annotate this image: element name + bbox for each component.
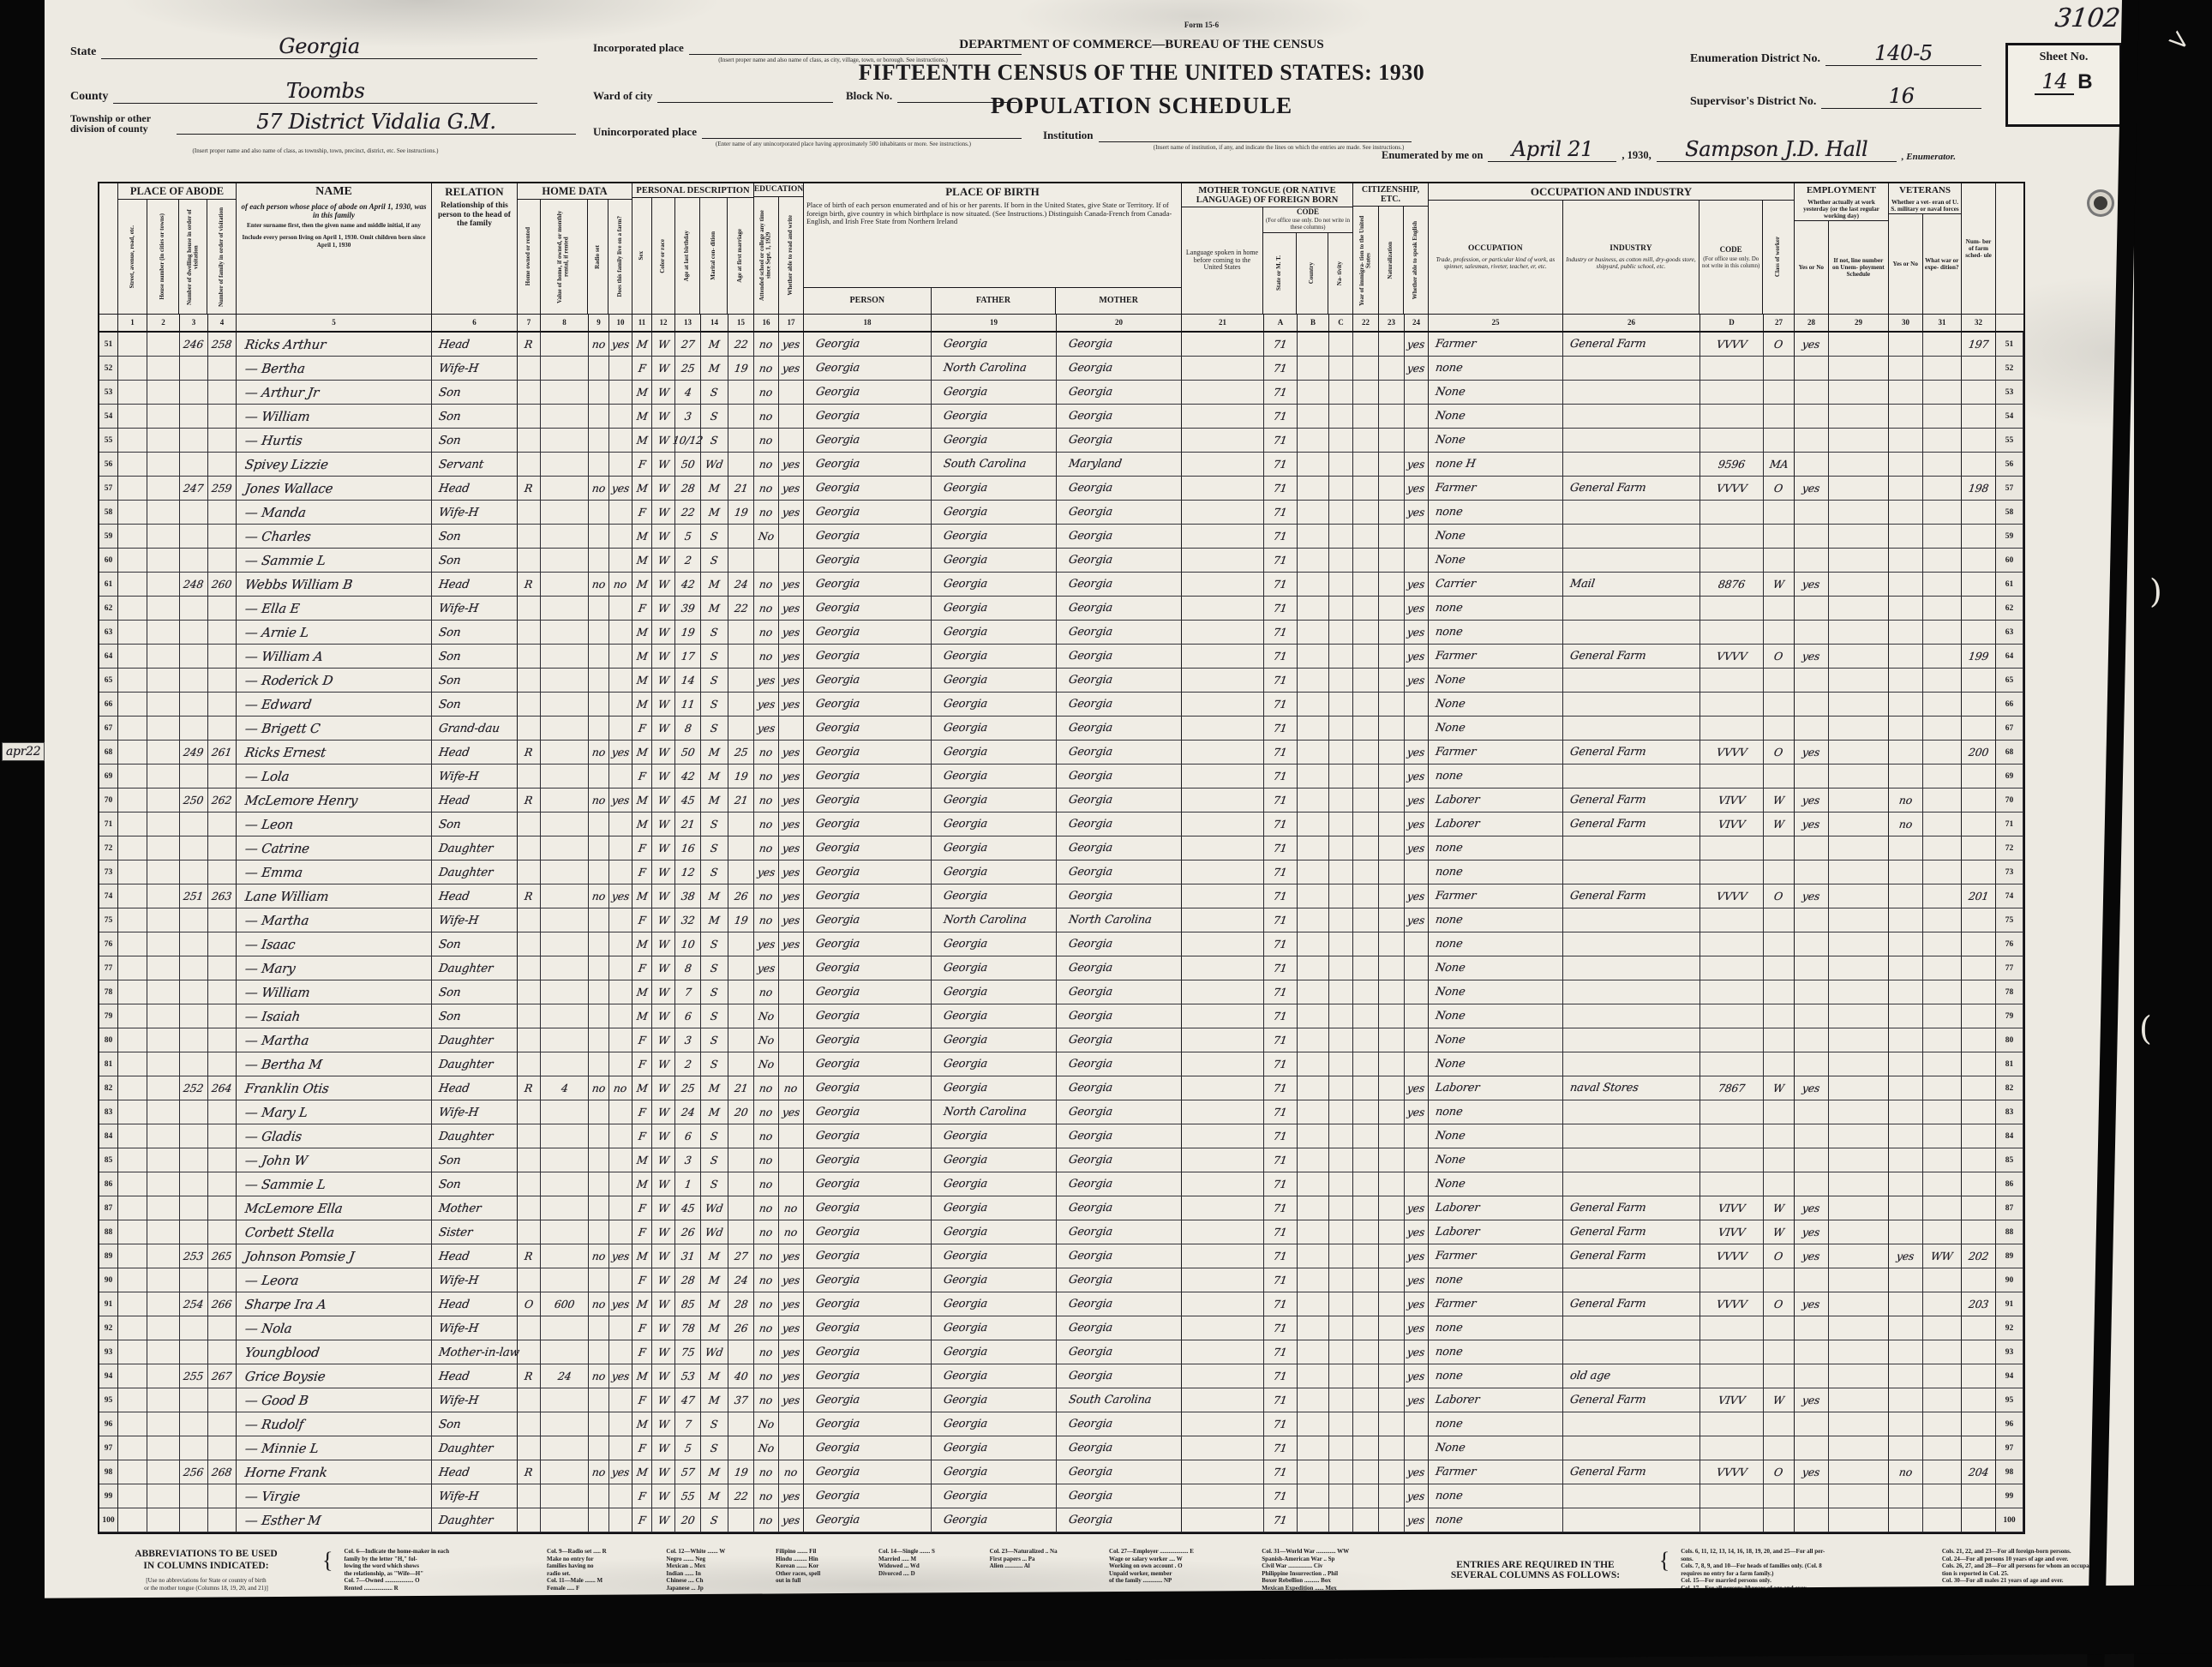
cell [1889, 453, 1923, 477]
cell [589, 621, 609, 645]
cell [1379, 717, 1405, 741]
column-label: Street, avenue, road, etc. [118, 200, 147, 314]
farm-schedule-label: Num- ber of farm sched- ule [1962, 237, 1995, 260]
cell: 71 [1264, 1100, 1298, 1124]
line-number: 81 [99, 1052, 118, 1076]
cell: Head [432, 333, 518, 357]
cell: Georgia [932, 381, 1057, 405]
cell: F [632, 1268, 652, 1292]
supervisor-district-value: 16 [1889, 84, 1915, 108]
cell [609, 525, 632, 549]
abbrev-col23: Col. 23—Naturalized .. Na First papers .… [990, 1548, 1098, 1570]
cell: Son [432, 525, 518, 549]
cell: None [1429, 1148, 1563, 1172]
cell [1379, 693, 1405, 717]
cell [1563, 405, 1700, 429]
cell [1353, 789, 1379, 813]
column-label: Yes or No [1889, 214, 1923, 314]
cell [147, 429, 180, 453]
cell: Georgia [1057, 1412, 1182, 1436]
line-number: 52 [99, 357, 118, 381]
cell [1889, 1220, 1923, 1244]
cell: F [632, 1100, 652, 1124]
cell: VVVV [1700, 645, 1764, 669]
cell [180, 501, 208, 525]
cell: Georgia [932, 1148, 1057, 1172]
cell [1379, 357, 1405, 381]
column-label: Age at first marriage [728, 198, 753, 314]
cell [118, 1484, 147, 1508]
cell [1329, 501, 1353, 525]
cell [1829, 1268, 1889, 1292]
column-number-row: 123456789101112131415161718192021ABC2223… [99, 314, 2023, 333]
farm-schedule-col: Num- ber of farm sched- ule [1962, 183, 1996, 314]
cell [118, 1220, 147, 1244]
cell: yes [754, 693, 779, 717]
cell: W [652, 1412, 675, 1436]
cell: Georgia [804, 1052, 932, 1076]
cell: M [632, 1292, 652, 1316]
cell [1700, 1364, 1764, 1388]
cell [518, 932, 541, 956]
binder-hole [2089, 192, 2112, 214]
cell [1962, 1436, 1996, 1460]
cell [1298, 884, 1329, 908]
cell: no [754, 573, 779, 597]
cell: yes [779, 1268, 804, 1292]
cell [1563, 836, 1700, 860]
cell: Georgia [932, 1292, 1057, 1316]
cell [1923, 1100, 1962, 1124]
cell [1923, 501, 1962, 525]
table-row: 62— Ella EWife-HFW39M22noyesGeorgiaGeorg… [99, 597, 2023, 621]
cell [147, 717, 180, 741]
cell [1182, 1388, 1264, 1412]
cell [1353, 1412, 1379, 1436]
cell [118, 1460, 147, 1484]
line-number: 58 [1996, 501, 2023, 525]
cell: no [589, 1460, 609, 1484]
cell [541, 645, 589, 669]
cell [180, 693, 208, 717]
cell: Mother-in-law [432, 1340, 518, 1364]
cell: Farmer [1429, 1292, 1563, 1316]
cell: F [632, 1316, 652, 1340]
cell: Laborer [1429, 1196, 1563, 1220]
cell: General Farm [1563, 333, 1700, 357]
column-label: Number of family in order of visitation [207, 200, 236, 314]
cell [518, 693, 541, 717]
cell [118, 1172, 147, 1196]
sheet-value: 14 [2035, 69, 2074, 95]
line-number: 54 [1996, 405, 2023, 429]
group-title: HOME DATA [518, 183, 632, 199]
cell [1923, 1076, 1962, 1100]
cell [1182, 549, 1264, 573]
cell [589, 717, 609, 741]
column-number: 11 [632, 315, 652, 331]
cell: Georgia [1057, 1292, 1182, 1316]
cell [1962, 1268, 1996, 1292]
cell [1829, 645, 1889, 669]
cell: no [754, 980, 779, 1004]
group-mother-tongue: MOTHER TONGUE (OR NATIVE LANGUAGE) OF FO… [1182, 183, 1353, 314]
cell [609, 357, 632, 381]
cell: Georgia [804, 1388, 932, 1412]
cell [609, 1436, 632, 1460]
cell: yes [609, 1364, 632, 1388]
cell: Georgia [932, 1052, 1057, 1076]
cell: Mother [432, 1196, 518, 1220]
name-desc: of each person whose place of abode on A… [237, 201, 431, 222]
table-row: 93YoungbloodMother-in-lawFW75WdnoyesGeor… [99, 1340, 2023, 1364]
cell [180, 717, 208, 741]
cell [180, 1268, 208, 1292]
cell [518, 836, 541, 860]
cell [1889, 836, 1923, 860]
cell: — Bertha M [237, 1052, 432, 1076]
cell [728, 932, 754, 956]
cell: yes [779, 765, 804, 789]
cell: Georgia [932, 1316, 1057, 1340]
cell [1795, 1340, 1829, 1364]
cell: 40 [728, 1364, 754, 1388]
cell [1700, 1484, 1764, 1508]
cell [1889, 1052, 1923, 1076]
cell [518, 645, 541, 669]
line-number: 88 [99, 1220, 118, 1244]
cell [147, 1172, 180, 1196]
cell [541, 1244, 589, 1268]
cell [1379, 1460, 1405, 1484]
cell [1329, 597, 1353, 621]
name-note1: Enter surname first, then the given name… [237, 221, 431, 230]
cell: — Charles [237, 525, 432, 549]
cell: yes [1405, 1292, 1429, 1316]
cell [1764, 621, 1795, 645]
cell [1353, 860, 1379, 884]
cell [541, 908, 589, 932]
cell [1379, 453, 1405, 477]
cell [541, 1028, 589, 1052]
cell [147, 669, 180, 693]
cell: none [1429, 836, 1563, 860]
cell: Georgia [804, 789, 932, 813]
cell [589, 501, 609, 525]
cell: M [632, 1244, 652, 1268]
cell: M [632, 669, 652, 693]
cell [1829, 669, 1889, 693]
cell [147, 1388, 180, 1412]
cell [589, 381, 609, 405]
cell [1889, 1484, 1923, 1508]
cell: — Isaac [237, 932, 432, 956]
cell [1405, 1124, 1429, 1148]
cell: Georgia [932, 1388, 1057, 1412]
cell: Spivey Lizzie [237, 453, 432, 477]
cell [1764, 956, 1795, 980]
cell: Georgia [804, 860, 932, 884]
cell [1353, 1244, 1379, 1268]
cell [1353, 1052, 1379, 1076]
cell: 199 [1962, 645, 1996, 669]
cell [728, 1412, 754, 1436]
cell: 71 [1264, 621, 1298, 645]
cell: W [652, 621, 675, 645]
cell [728, 669, 754, 693]
cell: yes [609, 1244, 632, 1268]
table-row: 84— GladisDaughterFW6SnoGeorgiaGeorgiaGe… [99, 1124, 2023, 1148]
cell: W [652, 741, 675, 765]
cell: no [754, 1100, 779, 1124]
cell [541, 717, 589, 741]
cell: M [632, 813, 652, 836]
cell [147, 1508, 180, 1532]
cell: Georgia [1057, 1196, 1182, 1220]
cell: 263 [208, 884, 237, 908]
cell: 28 [675, 477, 701, 501]
cell [118, 333, 147, 357]
cell [147, 1364, 180, 1388]
cell: — Manda [237, 501, 432, 525]
cell: yes [1405, 1364, 1429, 1388]
cell [1923, 1388, 1962, 1412]
cell [1923, 357, 1962, 381]
line-number: 71 [1996, 813, 2023, 836]
cell: 265 [208, 1244, 237, 1268]
cell [1182, 765, 1264, 789]
cell [1353, 836, 1379, 860]
cell [1829, 597, 1889, 621]
entries-col1: Cols. 6, 11, 12, 13, 14, 16, 18, 19, 20,… [1681, 1548, 1931, 1592]
line-number: 80 [1996, 1028, 2023, 1052]
cell [147, 1148, 180, 1172]
cell [1379, 980, 1405, 1004]
cell [1829, 1484, 1889, 1508]
cell: McLemore Henry [237, 789, 432, 813]
line-number: 82 [99, 1076, 118, 1100]
cell [1889, 429, 1923, 453]
cell: W [652, 860, 675, 884]
cell: Son [432, 621, 518, 645]
group-citizenship: CITIZENSHIP, ETC. Year of immigra- tion … [1353, 183, 1429, 314]
cell: 21 [728, 789, 754, 813]
cell [1889, 549, 1923, 573]
cell [1353, 1028, 1379, 1052]
cell [609, 836, 632, 860]
cell [728, 1124, 754, 1148]
cell: yes [779, 1508, 804, 1532]
cell: S [701, 717, 728, 741]
cell: Georgia [932, 1028, 1057, 1052]
cell [1700, 908, 1764, 932]
cell [180, 1220, 208, 1244]
cell [728, 1052, 754, 1076]
cell [208, 1508, 237, 1532]
scan-left-band [0, 0, 45, 1667]
cell: yes [609, 333, 632, 357]
cell [728, 525, 754, 549]
cell: O [1764, 741, 1795, 765]
cell [1298, 1028, 1329, 1052]
cell [1353, 477, 1379, 501]
cell [1379, 884, 1405, 908]
cell: None [1429, 1052, 1563, 1076]
cell [208, 860, 237, 884]
cell [1829, 1196, 1889, 1220]
cell [1962, 405, 1996, 429]
cell: F [632, 1028, 652, 1052]
cell: — William [237, 980, 432, 1004]
cell [1298, 789, 1329, 813]
cell [1563, 956, 1700, 980]
cell: Georgia [804, 597, 932, 621]
cell [728, 1436, 754, 1460]
cell [589, 765, 609, 789]
table-row: 77— MaryDaughterFW8SyesGeorgiaGeorgiaGeo… [99, 956, 2023, 980]
cell: VVVV [1700, 741, 1764, 765]
cell [541, 860, 589, 884]
cell [1795, 980, 1829, 1004]
cell [147, 860, 180, 884]
cell [147, 1484, 180, 1508]
cell [208, 956, 237, 980]
cell: M [701, 501, 728, 525]
cell [1379, 813, 1405, 836]
cell [1379, 1124, 1405, 1148]
cell [1298, 956, 1329, 980]
cell [208, 621, 237, 645]
cell: S [701, 980, 728, 1004]
cell [1795, 597, 1829, 621]
table-row: 67— Brigett CGrand-dauFW8SyesGeorgiaGeor… [99, 717, 2023, 741]
cell: no [589, 333, 609, 357]
cell [1405, 980, 1429, 1004]
cell: Georgia [1057, 980, 1182, 1004]
cell [779, 1436, 804, 1460]
cell [1329, 860, 1353, 884]
cell [1962, 501, 1996, 525]
cell: Son [432, 1004, 518, 1028]
cell: 71 [1264, 645, 1298, 669]
table-row: 91254266Sharpe Ira AHeadO600noyesMW85M28… [99, 1292, 2023, 1316]
cell: yes [779, 597, 804, 621]
cell [208, 1436, 237, 1460]
cell: Georgia [804, 1508, 932, 1532]
cell [118, 453, 147, 477]
cell [1563, 717, 1700, 741]
cell: yes [1405, 597, 1429, 621]
table-row: 86— Sammie LSonMW1SnoGeorgiaGeorgiaGeorg… [99, 1172, 2023, 1196]
cell [1182, 1100, 1264, 1124]
line-number: 85 [1996, 1148, 2023, 1172]
line-number: 89 [1996, 1244, 2023, 1268]
cell: Georgia [932, 1004, 1057, 1028]
enumeration-year: , 1930, [1622, 149, 1651, 162]
cell [1405, 1004, 1429, 1028]
cell: yes [1795, 1244, 1829, 1268]
cell: 25 [675, 357, 701, 381]
cell: yes [609, 477, 632, 501]
cell: 42 [675, 765, 701, 789]
cell: 198 [1962, 477, 1996, 501]
cell [1829, 1508, 1889, 1532]
cell [180, 1196, 208, 1220]
cell: Georgia [1057, 1028, 1182, 1052]
cell [1182, 333, 1264, 357]
cell: 3 [675, 405, 701, 429]
cell: none [1429, 1268, 1563, 1292]
table-row: 95— Good BWife-HFW47M37noyesGeorgiaGeorg… [99, 1388, 2023, 1412]
column-label: MOTHER [1056, 288, 1181, 314]
cell: 253 [180, 1244, 208, 1268]
cell [1795, 381, 1829, 405]
cell [1563, 1508, 1700, 1532]
cell [1563, 1148, 1700, 1172]
cell [541, 741, 589, 765]
cell [1700, 1148, 1764, 1172]
cell [518, 980, 541, 1004]
cell [1563, 621, 1700, 645]
line-number: 99 [1996, 1484, 2023, 1508]
cell: Sister [432, 1220, 518, 1244]
line-number: 94 [1996, 1364, 2023, 1388]
cell: 10/12 [675, 429, 701, 453]
cell: 3 [675, 1028, 701, 1052]
cell [1962, 1388, 1996, 1412]
cell [1298, 1412, 1329, 1436]
cell: no [754, 1196, 779, 1220]
cell [541, 836, 589, 860]
cell [1764, 1316, 1795, 1340]
cell [1353, 717, 1379, 741]
cell: 11 [675, 693, 701, 717]
cell [1182, 1220, 1264, 1244]
table-row: 75— MarthaWife-HFW32M19noyesGeorgiaNorth… [99, 908, 2023, 932]
cell [1182, 1004, 1264, 1028]
cell [1764, 1436, 1795, 1460]
cell [118, 789, 147, 813]
cell [1923, 1124, 1962, 1148]
cell: 19 [728, 1460, 754, 1484]
cell: yes [779, 741, 804, 765]
cell [589, 1100, 609, 1124]
cell [1298, 429, 1329, 453]
enumerator-suffix: , Enumerator. [1902, 152, 1956, 162]
cell [518, 1412, 541, 1436]
cell: Maryland [1057, 453, 1182, 477]
cell [1563, 1100, 1700, 1124]
cell: MA [1764, 453, 1795, 477]
cell [1829, 1172, 1889, 1196]
cell: 71 [1264, 1460, 1298, 1484]
cell [118, 717, 147, 741]
table-row: 65— Roderick DSonMW14SyesyesGeorgiaGeorg… [99, 669, 2023, 693]
cell [1182, 501, 1264, 525]
scan-right-band [2134, 0, 2212, 1667]
cell: 21 [728, 477, 754, 501]
cell [1329, 1148, 1353, 1172]
cell [1923, 908, 1962, 932]
cell: Georgia [1057, 645, 1182, 669]
cell: O [1764, 1244, 1795, 1268]
cell [1563, 669, 1700, 693]
cell [728, 1340, 754, 1364]
cell [779, 1148, 804, 1172]
cell: Georgia [1057, 1124, 1182, 1148]
cell [1923, 693, 1962, 717]
cell: Georgia [932, 765, 1057, 789]
